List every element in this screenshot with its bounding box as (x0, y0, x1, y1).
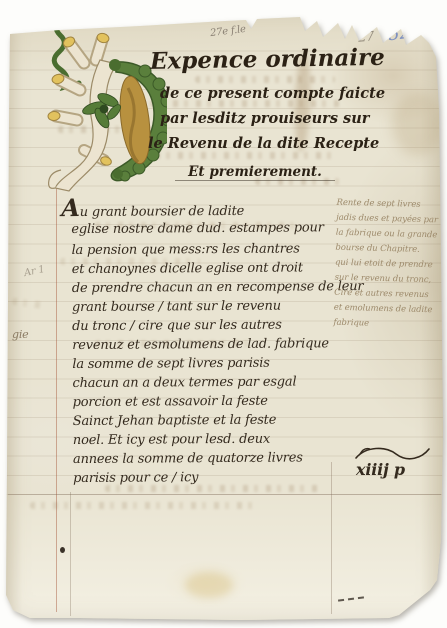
body-line: porcion et est assavoir la feste (73, 392, 268, 412)
sum-amount: xiiij p (356, 460, 405, 479)
margin-note-line: la fabrique ou la grande (336, 228, 438, 241)
body-line: parisis pour ce / icy (73, 468, 198, 488)
body-line: du tronc / cire que sur les autres (72, 316, 282, 336)
body-line: noel. Et icy est pour lesd. deux (73, 430, 270, 450)
margin-note-line: Rente de sept livres (336, 198, 438, 211)
scanned-manuscript: 27e f.le 27 52 (0, 0, 447, 628)
body-line: la pension que mess:rs les chantres (71, 239, 299, 260)
manuscript-page: 27e f.le 27 52 (0, 0, 447, 628)
body-line: la somme de sept livres parisis (72, 354, 269, 374)
margin-note-line: qui lui etoit de prendre (335, 258, 437, 271)
body-line: et chanoynes dicelle eglise ont droit (72, 258, 303, 279)
margin-note-line: bourse du Chapitre. (335, 243, 437, 256)
margin-note-line: et emolumens de ladite (334, 303, 436, 316)
body-line: Sainct Jehan baptiste et la feste (73, 411, 277, 431)
vine-curl (56, 14, 63, 21)
margin-note-line: jadis dues et payées par (336, 213, 438, 226)
body-line: revenuz et esmolumens de lad. fabrique (72, 334, 329, 355)
margin-note-line: sur le revenu du tronc, (334, 273, 436, 286)
body-line: de prendre chacun an en recompense de le… (72, 277, 364, 298)
left-margin-note: gie (12, 328, 28, 341)
body-line: chacun an a deux termes par esgal (72, 372, 296, 393)
body-line: annees la somme de quatorze livres (73, 448, 303, 469)
body-line: eglise nostre dame dud. estampes pour (71, 218, 323, 239)
margin-note-line: Cire et autres revenus (334, 288, 436, 301)
body-line: grant bourse / tant sur le revenu (72, 297, 281, 317)
margin-gloss-block: Rente de sept livres jadis dues et payée… (333, 198, 438, 331)
